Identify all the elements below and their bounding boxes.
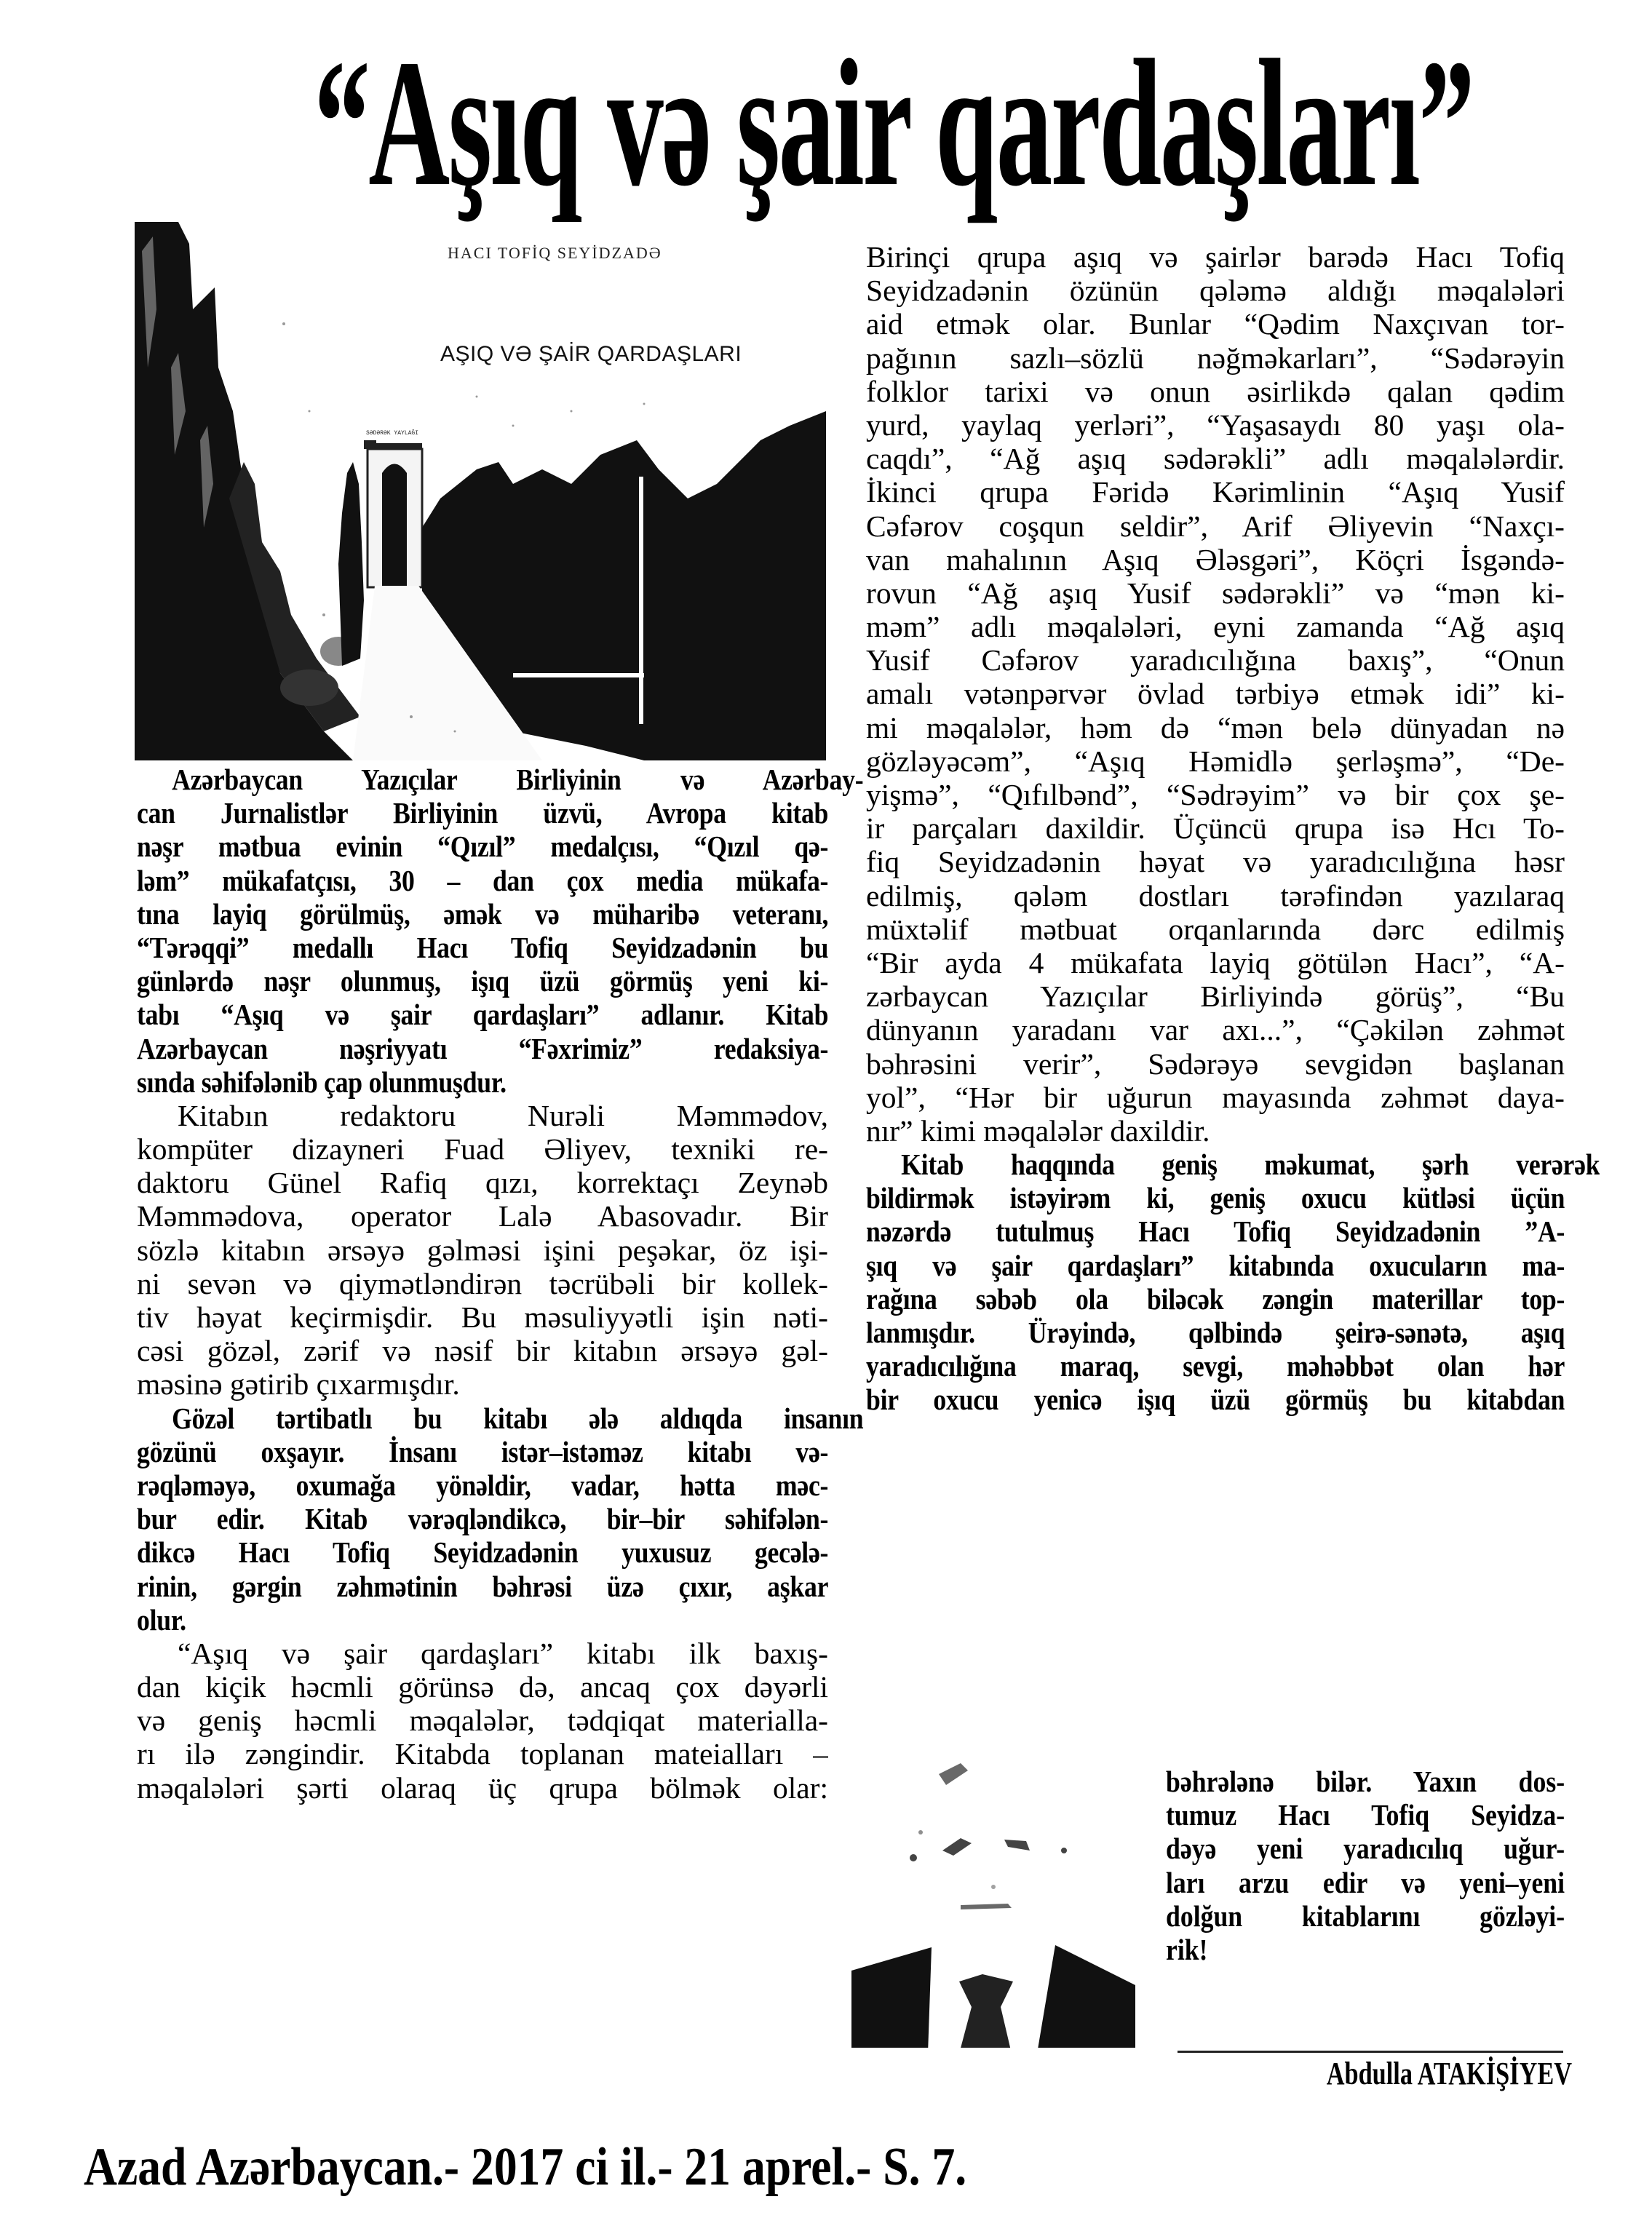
- text-line: nəzərdə tutulmuş Hacı Tofiq Seyidzadənin…: [866, 1215, 1565, 1248]
- text-line: yişmə”, “Qıfılbənd”, “Sədrəyim” və bir ç…: [866, 778, 1565, 811]
- text-line: bəhrəsini verir”, Sədərəyə sevgidən başl…: [866, 1047, 1565, 1081]
- signature-divider: [1178, 2051, 1563, 2053]
- text-line: aid etmək olar. Bunlar “Qədim Naxçıvan t…: [866, 307, 1565, 341]
- text-line: lanmışdır. Ürəyində, qəlbində şeirə-sənə…: [866, 1316, 1565, 1349]
- portrait-illustration: [851, 1730, 1139, 2054]
- text-line: gözünü oxşayır. İnsanı istər–istəməz kit…: [137, 1435, 828, 1468]
- text-line: kompüter dizayneri Fuad Əliyev, texniki …: [137, 1132, 828, 1166]
- text-line: yol”, “Hər bir uğurun mayasında zəhmət d…: [866, 1081, 1565, 1114]
- text-line: bildirmək istəyirəm ki, geniş oxucu kütl…: [866, 1181, 1565, 1215]
- author-photo: [851, 1730, 1139, 2054]
- tree-lined-road-illustration: SƏDƏRƏK YAYLAĞI: [135, 222, 826, 760]
- text-line: cəsi gözəl, zərif və nəsif bir kitabın ə…: [137, 1334, 828, 1367]
- book-cover-title: AŞIQ VƏ ŞAİR QARDAŞLARI: [440, 342, 819, 367]
- text-line: nəşr mətbua evinin “Qızıl” medalçısı, “Q…: [137, 830, 828, 863]
- text-line: tiv həyat keçirmişdir. Bu məsuliyyətli i…: [137, 1300, 828, 1334]
- text-line: mi məqalələr, həm də “mən belə dünyadan …: [866, 711, 1565, 744]
- text-line: dünyanın yaradanı var axı...”, “Çəkilən …: [866, 1013, 1565, 1046]
- text-line: bur edir. Kitab vərəqləndikcə, bir–bir s…: [137, 1502, 828, 1535]
- text-line: bəhrələnə bilər. Yaxın dos-: [1166, 1765, 1565, 1798]
- text-line: rağına səbəb ola biləcək zəngin materill…: [866, 1282, 1565, 1316]
- text-line: ləm” mükafatçısı, 30 – dan çox media mük…: [137, 864, 828, 897]
- text-line: ları arzu edir və yeni–yeni: [1166, 1866, 1565, 1899]
- text-line: nır” kimi məqalələr daxildir.: [866, 1114, 1565, 1148]
- text-line: rəqləməyə, oxumağa yönəldir, vadar, hətt…: [137, 1468, 828, 1502]
- text-line: can Jurnalistlər Birliyinin üzvü, Avropa…: [137, 796, 828, 830]
- text-line: tumuz Hacı Tofiq Seyidza-: [1166, 1798, 1565, 1832]
- text-line: müxtəlif mətbuat orqanlarında dərc edilm…: [866, 913, 1565, 946]
- text-line: van mahalının Aşıq Ələsgəri”, Köçri İsgə…: [866, 543, 1565, 576]
- text-line: rik!: [1166, 1933, 1565, 1966]
- text-line: bir oxucu yenicə işıq üzü görmüş bu kita…: [866, 1383, 1565, 1416]
- text-line: daktoru Günel Rafiq qızı, korrektaçı Zey…: [137, 1166, 828, 1199]
- text-line: Kitabın redaktoru Nurəli Məmmədov,: [137, 1099, 828, 1132]
- text-line: məsinə gətirib çıxarmışdır.: [137, 1367, 828, 1401]
- monument-inscription: SƏDƏRƏK YAYLAĞI: [366, 429, 418, 437]
- text-line: ni sevən və qiymətləndirən təcrübəli bir…: [137, 1267, 828, 1300]
- text-line: Azərbaycan Yazıçılar Birliyinin və Azərb…: [137, 763, 863, 796]
- text-line: “Bir ayda 4 mükafata layiq götülən Hacı”…: [866, 946, 1565, 979]
- text-line: dikcə Hacı Tofiq Seyidzadənin yuxusuz ge…: [137, 1535, 828, 1569]
- text-line: “Tərəqqi” medallı Hacı Tofiq Seyidzadəni…: [137, 931, 828, 964]
- text-line: caqdı”, “Ağ aşıq sədərəkli” adlı məqaləl…: [866, 442, 1565, 475]
- text-line: Məmmədova, operator Lalə Abasovadır. Bir: [137, 1199, 828, 1233]
- text-line: İkinci qrupa Fəridə Kərimlinin “Aşıq Yus…: [866, 475, 1565, 509]
- text-line: Gözəl tərtibatlı bu kitabı ələ aldıqda i…: [137, 1402, 863, 1435]
- text-line: Azərbaycan nəşriyyatı “Fəxrimiz” redaksi…: [137, 1032, 828, 1065]
- text-line: dolğun kitablarını gözləyi-: [1166, 1899, 1565, 1933]
- book-cover-image: SƏDƏRƏK YAYLAĞI HACI TOFİQ SEYİDZADƏ AŞI…: [135, 222, 826, 760]
- text-line: amalı vətənpərvər övlad tərbiyə etmək id…: [866, 677, 1565, 710]
- text-line: fiq Seyidzadənin həyat və yaradıcılığına…: [866, 845, 1565, 878]
- text-line: zərbaycan Yazıçılar Birliyində görüş”, “…: [866, 979, 1565, 1013]
- text-line: olur.: [137, 1603, 828, 1637]
- text-line: rı ilə zəngindir. Kitabda toplanan matei…: [137, 1737, 828, 1770]
- text-line: Yusif Cəfərov yaradıcılığına baxış”, “On…: [866, 643, 1565, 677]
- text-line: Seyidzadənin özünün qələmə aldığı məqalə…: [866, 274, 1565, 307]
- text-line: tına layiq görülmüş, əmək və müharibə ve…: [137, 897, 828, 931]
- text-line: Cəfərov coşqun seldir”, Arif Əliyevin “N…: [866, 509, 1565, 543]
- text-line: edilmiş, qələm dostları tərəfindən yazıl…: [866, 879, 1565, 913]
- text-line: ir parçaları daxildir. Üçüncü qrupa isə …: [866, 811, 1565, 845]
- text-line: pağının sazlı–sözlü nəğməkarları”, “Sədə…: [866, 341, 1565, 375]
- article-headline: “Aşıq və şair qardaşları”: [314, 29, 1338, 218]
- text-line: sında səhifələnib çap olunmuşdur.: [137, 1065, 828, 1099]
- text-line: folklor tarixi və onun əsirlikdə qalan q…: [866, 375, 1565, 408]
- text-line: tabı “Aşıq və şair qardaşları” adlanır. …: [137, 998, 828, 1031]
- text-line: rinin, gərgin zəhmətinin bəhrəsi üzə çıx…: [137, 1570, 828, 1603]
- text-line: rovun “Ağ aşıq Yusif sədərəkli” və “mən …: [866, 576, 1565, 610]
- text-line: günlərdə nəşr olunmuş, işıq üzü görmüş y…: [137, 964, 828, 998]
- text-line: və geniş həcmli məqalələr, tədqiqat mate…: [137, 1704, 828, 1737]
- text-line: sözlə kitabın ərsəyə gəlməsi işini peşək…: [137, 1233, 828, 1267]
- text-line: Birinçi qrupa aşıq və şairlər barədə Hac…: [866, 240, 1565, 274]
- text-line: gözləyəcəm”, “Aşıq Həmidlə şerləşmə”, “D…: [866, 744, 1565, 778]
- left-column-text: Azərbaycan Yazıçılar Birliyinin və Azərb…: [137, 763, 828, 1805]
- right-column-text: Birinçi qrupa aşıq və şairlər barədə Hac…: [866, 240, 1565, 1417]
- text-line: dəyə yeni yaradıcılıq uğur-: [1166, 1832, 1565, 1865]
- text-line: yaradıcılığına maraq, sevgi, məhəbbət ol…: [866, 1349, 1565, 1383]
- source-citation: Azad Azərbaycan.- 2017 ci il.- 21 aprel.…: [84, 2136, 1148, 2198]
- closing-paragraph-wrap: bəhrələnə bilər. Yaxın dos-tumuz Hacı To…: [1166, 1765, 1565, 1966]
- text-line: şıq və şair qardaşları” kitabında oxucul…: [866, 1249, 1565, 1282]
- text-line: məqalələri şərti olaraq üç qrupa bölmək …: [137, 1771, 828, 1805]
- text-line: Kitab haqqında geniş məkumat, şərh verər…: [866, 1148, 1600, 1181]
- author-signature: Abdulla ATAKİŞİYEV: [1311, 2054, 1572, 2094]
- text-line: məm” adlı məqalələri, eyni zamanda “Ağ a…: [866, 610, 1565, 643]
- text-line: “Aşıq və şair qardaşları” kitabı ilk bax…: [137, 1637, 828, 1670]
- book-cover-author: HACI TOFİQ SEYİDZADƏ: [448, 244, 811, 263]
- text-line: yurd, yaylaq yerləri”, “Yaşasaydı 80 yaş…: [866, 408, 1565, 442]
- text-line: dan kiçik həcmli görünsə də, ancaq çox d…: [137, 1670, 828, 1704]
